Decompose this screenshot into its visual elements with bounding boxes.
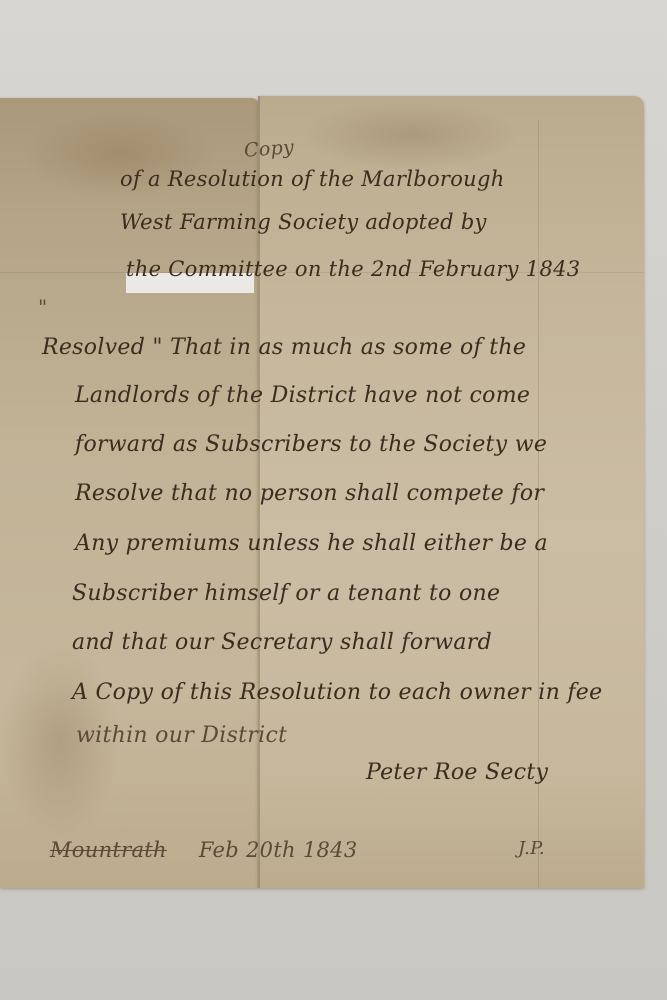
- paper-stain: [300, 100, 520, 170]
- body-line: Resolve that no person shall compete for: [75, 481, 544, 506]
- heading-line: the Committee on the 2nd February 1843: [126, 257, 580, 281]
- initials: J.P.: [518, 838, 545, 859]
- opening-quote-mark: ": [38, 295, 48, 319]
- body-line: Subscriber himself or a tenant to one: [72, 581, 500, 606]
- place-and-date: Mountrath Feb 20th 1843: [50, 838, 358, 862]
- body-line: Any premiums unless he shall either be a: [75, 531, 548, 556]
- signature: Peter Roe Secty: [366, 760, 548, 785]
- body-line: and that our Secretary shall forward: [72, 630, 492, 655]
- heading-line: West Farming Society adopted by: [120, 210, 487, 234]
- body-line: within our District: [76, 723, 287, 748]
- heading-line: of a Resolution of the Marlborough: [120, 167, 505, 191]
- body-line: A Copy of this Resolution to each owner …: [72, 680, 602, 705]
- date: Feb 20th 1843: [199, 838, 358, 862]
- body-line: Landlords of the District have not come: [75, 383, 530, 408]
- body-line: forward as Subscribers to the Society we: [75, 432, 547, 457]
- body-line: Resolved " That in as much as some of th…: [42, 335, 526, 360]
- copy-label: Copy: [243, 136, 294, 161]
- place-name: Mountrath: [50, 838, 167, 862]
